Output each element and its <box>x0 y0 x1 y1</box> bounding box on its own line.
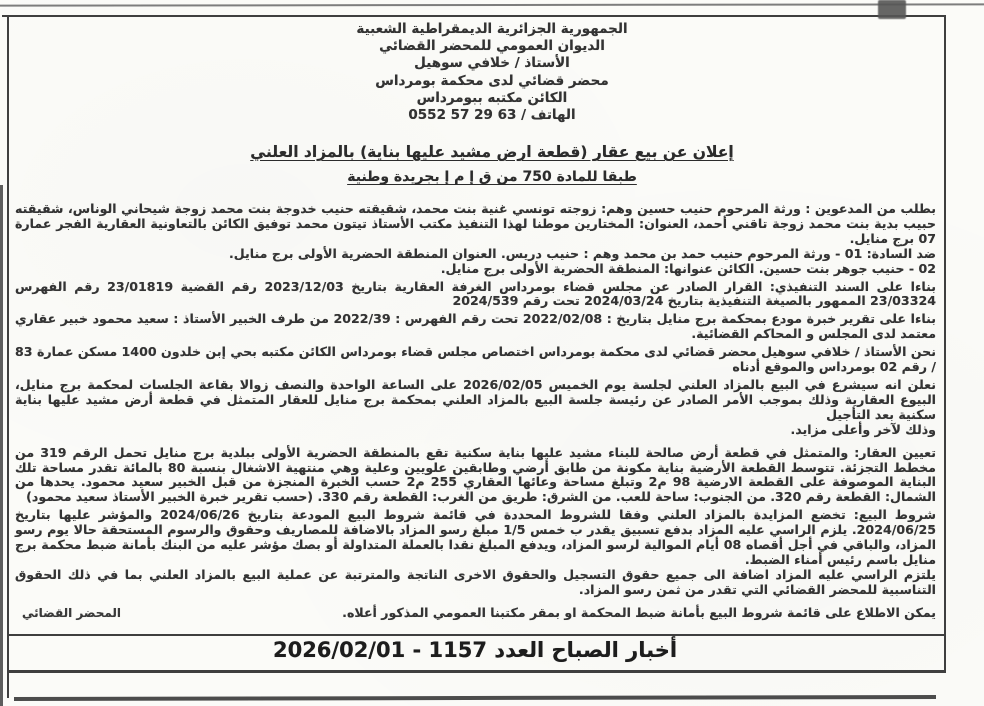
letterhead-office-location-line: الكائن مكتبه ببومرداس <box>0 90 984 107</box>
paragraph-expert-report: بناءا على تقرير خبرة مودع بمحكمة برج منا… <box>15 312 936 342</box>
paragraph-defendants-1: ضد السادة: 01 - ورثة المرحوم حنيب حمد بن… <box>15 247 936 262</box>
newspaper-name-issue-date: أخبار الصباح العدد 1157 - 2026/02/01 <box>0 638 950 662</box>
letterhead-court-line: محضر قضائي لدى محكمة بومرداس <box>0 73 984 90</box>
scanned-document-page: الجمهورية الجزائرية الديمقراطية الشعبية … <box>0 0 984 706</box>
paragraph-petitioners: بطلب من المدعوين : ورثة المرحوم حنيب حسي… <box>15 202 936 247</box>
paragraph-buyer-obligations: يلتزم الراسي عليه المزاد اضافة الى جميع … <box>15 568 936 598</box>
paragraph-sale-conditions: شروط البيع: تخضع المزايدة بالمزاد العلني… <box>15 508 936 568</box>
signature-label: المحضر القضائي <box>22 606 121 620</box>
paragraph-consultation-note: يمكن الاطلاع على قائمة شروط البيع بأمانة… <box>15 606 936 621</box>
bottom-scan-strip-line <box>14 695 936 701</box>
document-letterhead: الجمهورية الجزائرية الديمقراطية الشعبية … <box>0 21 984 124</box>
letterhead-republic-line: الجمهورية الجزائرية الديمقراطية الشعبية <box>0 21 984 38</box>
letterhead-bailiff-name-line: الأستاذ / خلافي سوهيل <box>0 55 984 72</box>
top-border-inner-line <box>2 15 946 17</box>
scan-smudge-artifact <box>878 0 906 19</box>
paragraph-defendants-2: 02 - حنيب جوهر بنت حسين. الكائن عنوانها:… <box>15 262 936 277</box>
paragraph-auction-announcement: نعلن انه سيشرع في البيع بالمزاد العلني ل… <box>15 378 936 423</box>
title-line-auction: إعلان عن بيع عقار (قطعة ارض مشيد عليها ب… <box>0 143 984 161</box>
top-border-outer-line <box>0 3 984 6</box>
footer-band-top-line <box>8 634 946 636</box>
letterhead-phone-line: الهاتف / 0552 57 29 63 <box>0 107 984 124</box>
left-edge-scan-line <box>0 185 3 706</box>
phone-label: الهاتف / <box>521 107 575 123</box>
phone-number: 0552 57 29 63 <box>408 107 516 123</box>
paragraph-executive-title: بناءا على السند التنفيذي: القرار الصادر … <box>15 280 936 310</box>
paragraph-highest-bidder: وذلك لآخر وأعلى مزايد. <box>15 423 936 438</box>
title-line-article: طبقا للمادة 750 من ق إ م إ بجريدة وطنية <box>0 169 984 185</box>
footer-band-bottom-line <box>8 670 946 673</box>
document-body: بطلب من المدعوين : ورثة المرحوم حنيب حسي… <box>15 202 936 621</box>
paragraph-property-designation: تعيين العقار: والمتمثل في قطعة أرض صالحة… <box>15 446 936 506</box>
document-title: إعلان عن بيع عقار (قطعة ارض مشيد عليها ب… <box>0 143 984 185</box>
paragraph-bailiff-identity: نحن الأستاذ / خلافي سوهيل محضر قضائي لدى… <box>15 345 936 375</box>
letterhead-office-line: الديوان العمومي للمحضر القضائي <box>0 38 984 55</box>
